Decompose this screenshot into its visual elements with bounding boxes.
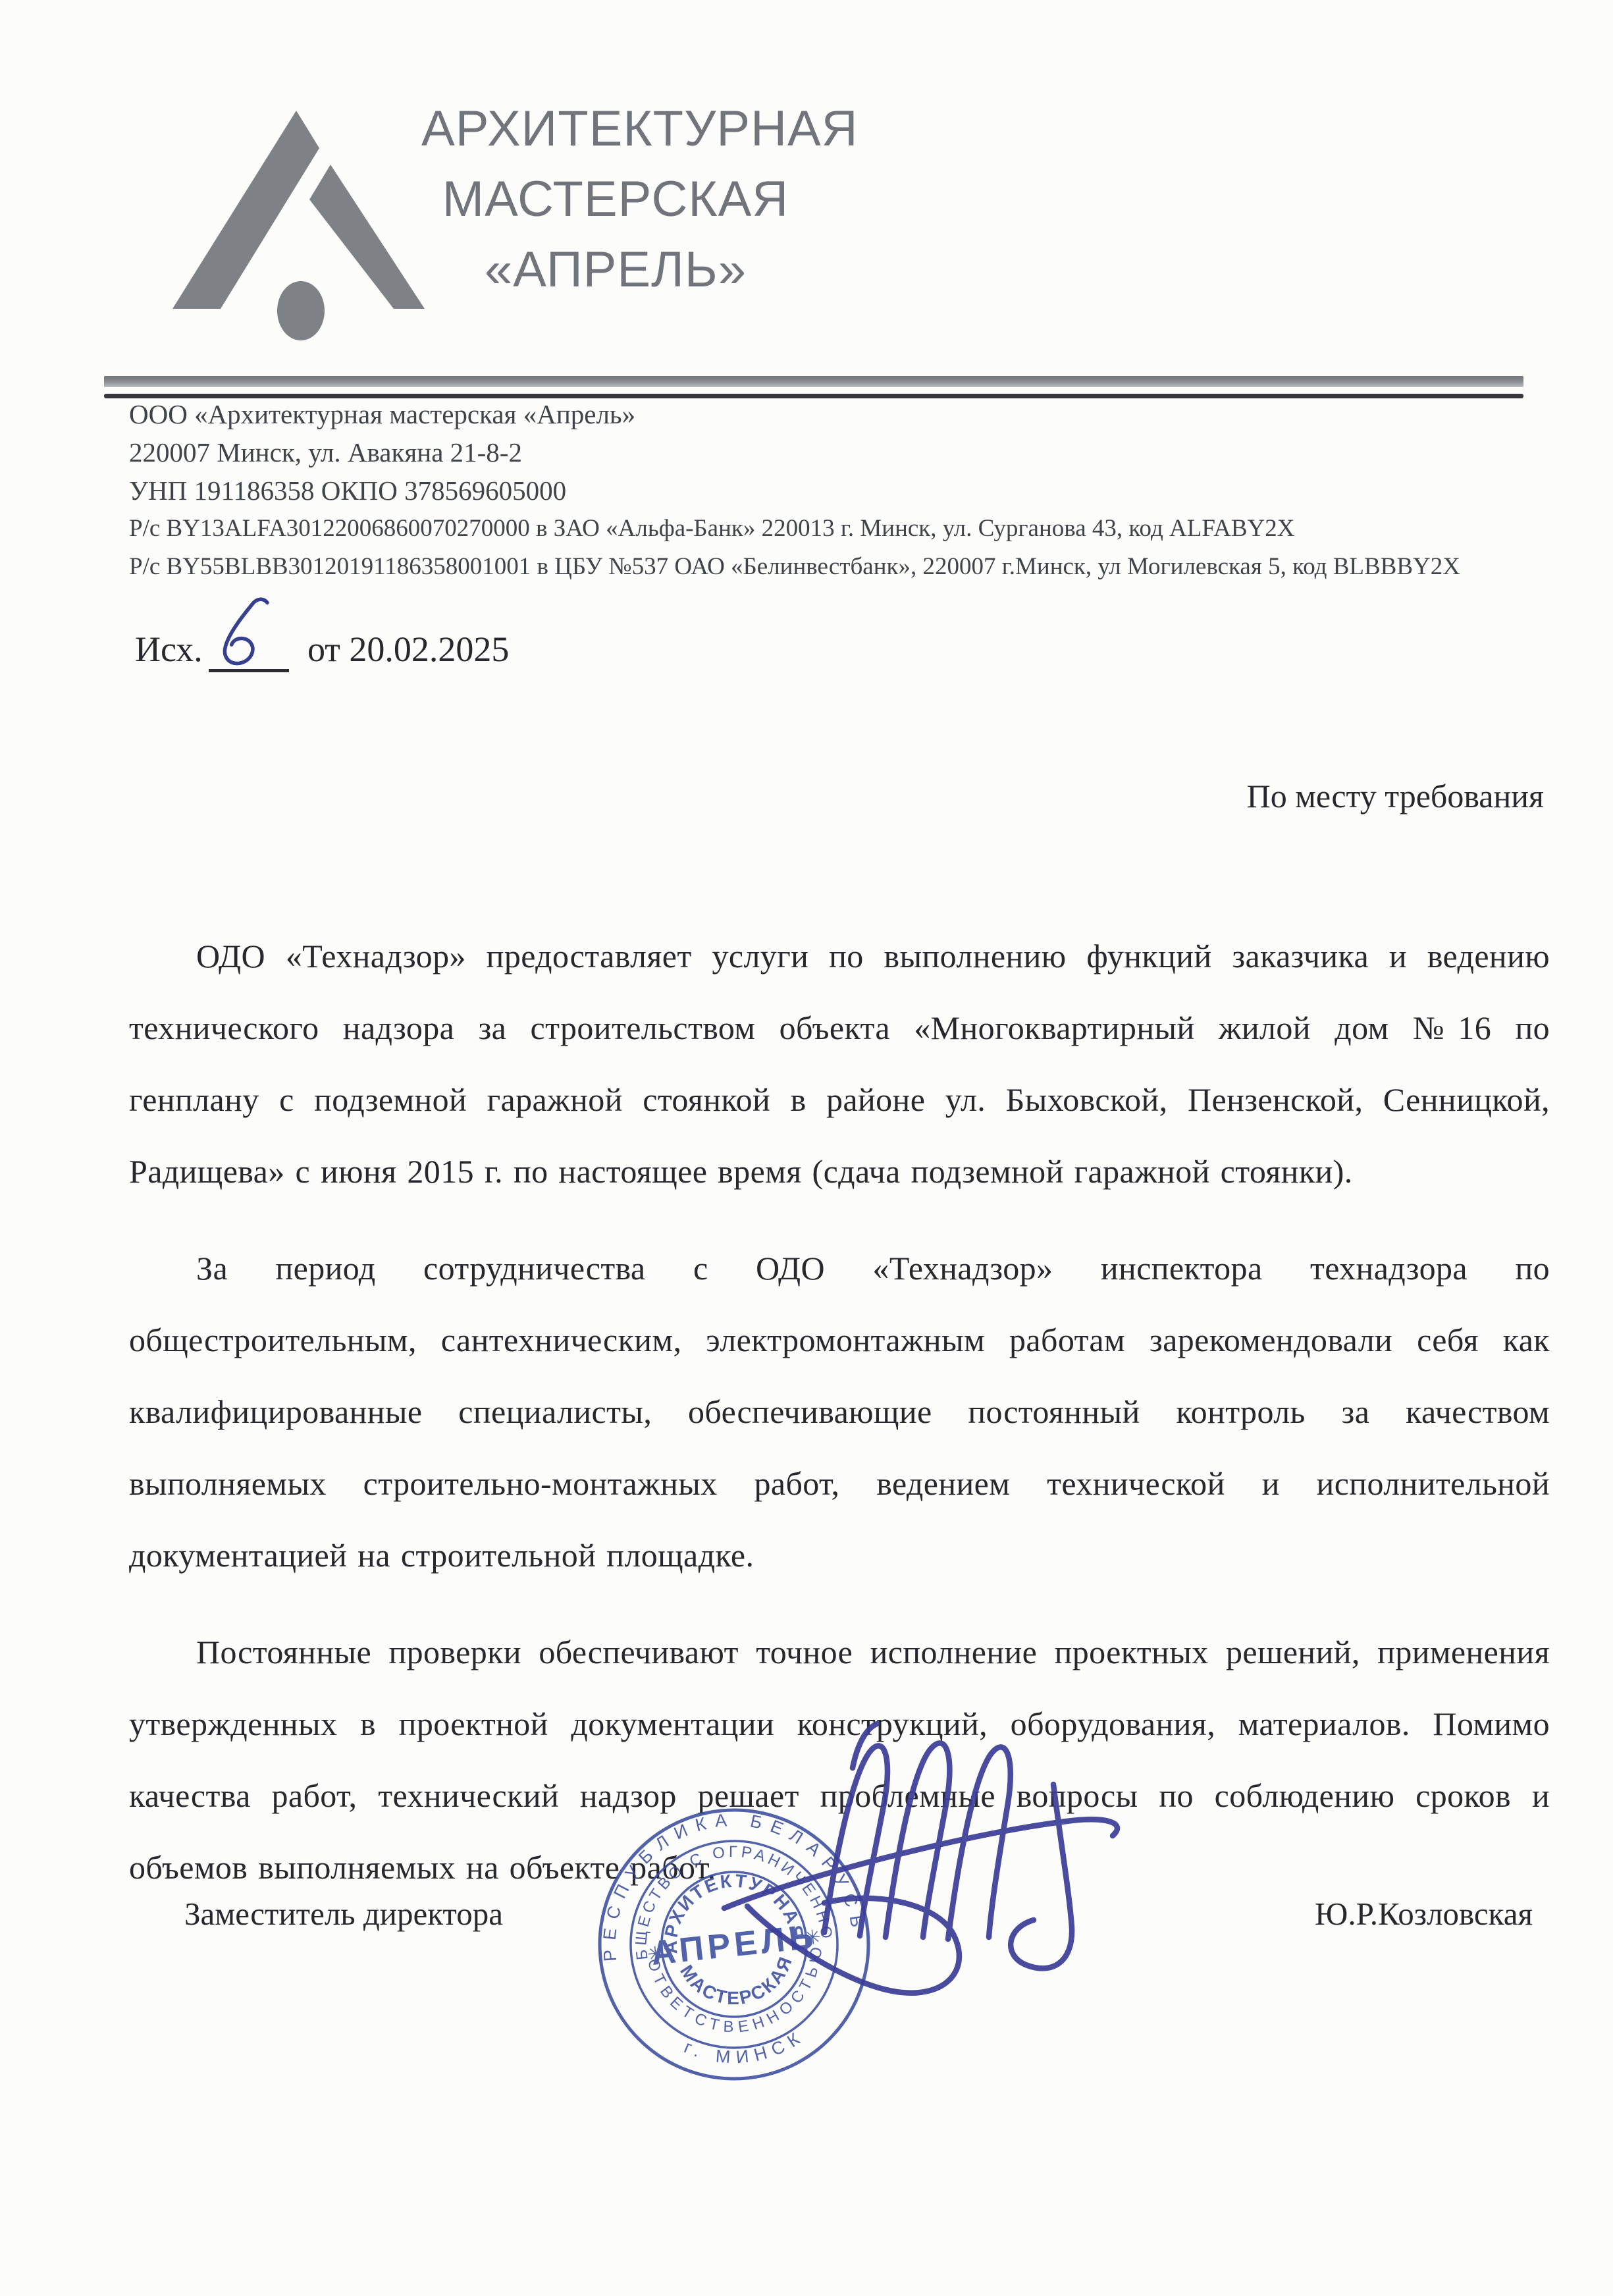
handwritten-number: 6 [213, 596, 281, 670]
signer-name: Ю.Р.Козловская [1315, 1895, 1533, 1933]
divider-thick-rule [104, 376, 1523, 387]
reference-label: Исх. [135, 629, 203, 670]
paragraph: За период сотрудничества с ОДО «Технадзо… [129, 1233, 1550, 1591]
requisite-line-bank2: Р/с BY55BLBB30120191186358001001 в ЦБУ №… [129, 548, 1577, 586]
requisite-line: 220007 Минск, ул. Авакяна 21-8-2 [129, 433, 1577, 471]
company-name: АРХИТЕКТУРНАЯ МАСТЕРСКАЯ «АПРЕЛЬ» [421, 93, 810, 305]
company-name-line: «АПРЕЛЬ» [421, 234, 810, 305]
company-name-line: МАСТЕРСКАЯ [421, 164, 810, 234]
company-name-line: АРХИТЕКТУРНАЯ [421, 93, 810, 164]
letter-page: АРХИТЕКТУРНАЯ МАСТЕРСКАЯ «АПРЕЛЬ» ООО «А… [0, 0, 1613, 2296]
addressee: По месту требования [1247, 777, 1544, 815]
reference-date: от 20.02.2025 [307, 629, 509, 670]
requisite-line: ООО «Архитектурная мастерская «Апрель» [129, 395, 1577, 433]
signer-position: Заместитель директора [184, 1895, 503, 1933]
requisite-line: УНП 191186358 ОКПО 378569605000 [129, 471, 1577, 510]
reference-line: Исх. 6 от 20.02.2025 [135, 602, 727, 676]
company-requisites: ООО «Архитектурная мастерская «Апрель» 2… [129, 395, 1577, 586]
april-a-logo-icon [172, 103, 431, 348]
requisite-line-bank1: Р/с BY13ALFA30122006860070270000 в ЗАО «… [129, 510, 1577, 548]
pen-signature [685, 1705, 1185, 2021]
paragraph: ОДО «Технадзор» предоставляет услуги по … [129, 921, 1550, 1208]
